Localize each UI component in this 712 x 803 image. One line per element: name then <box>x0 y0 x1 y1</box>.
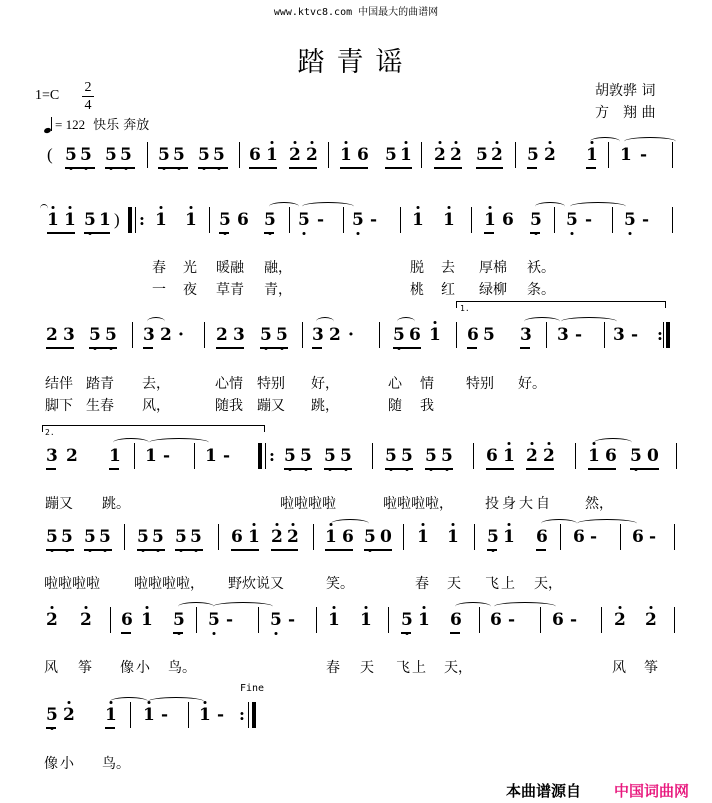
barline <box>289 207 290 233</box>
note: 5 <box>364 527 376 547</box>
barline <box>400 207 401 233</box>
volta-2 <box>42 425 265 432</box>
lyric: 随我 <box>215 397 243 415</box>
barline <box>379 322 380 348</box>
underline <box>260 347 288 349</box>
barline <box>479 607 480 633</box>
repeat-dots: : <box>269 446 275 466</box>
note: 2 <box>614 610 626 630</box>
lyric: 跳， <box>311 397 339 415</box>
note: 5 <box>105 325 117 345</box>
barline <box>110 607 111 633</box>
lyric: 投身大自 <box>485 495 553 513</box>
note: 5 <box>441 446 453 466</box>
note: 6 <box>409 325 421 345</box>
note: 2 <box>287 527 299 547</box>
note: 5 <box>99 527 111 547</box>
underline <box>434 167 462 169</box>
note: 5 <box>61 527 73 547</box>
underline <box>137 549 165 551</box>
note: 1 <box>109 446 121 466</box>
underline <box>216 347 244 349</box>
note: 5 <box>173 610 185 630</box>
underline <box>198 167 228 169</box>
barline <box>608 142 609 168</box>
dash: - <box>640 145 647 165</box>
note: 5 <box>173 145 185 165</box>
lyric-line-3-v2: 脚下生春风，随我蹦又跳，随我 <box>45 379 54 415</box>
note: 6 <box>573 527 585 547</box>
note: 1 <box>340 145 352 165</box>
tempo-marking: = 122快乐 奔放 <box>46 114 149 133</box>
tie <box>624 137 676 146</box>
barline <box>328 142 329 168</box>
lyric: 踏青 <box>86 375 114 393</box>
volta-1-label: 1. <box>460 304 470 313</box>
lyric-line-7: 像小鸟。 <box>44 737 53 773</box>
dash: - <box>508 610 515 630</box>
note: 5 <box>270 610 282 630</box>
note: 5 <box>46 705 58 725</box>
underline <box>324 468 352 470</box>
tie <box>149 438 209 447</box>
underline <box>340 167 368 169</box>
time-numerator: 2 <box>85 80 92 95</box>
tie <box>524 317 560 326</box>
note: 2 <box>80 610 92 630</box>
dash: - <box>163 446 170 466</box>
lyric: 春 <box>415 575 429 593</box>
barline <box>147 142 148 168</box>
barline <box>515 142 516 168</box>
note: 0 <box>380 527 392 547</box>
barline <box>204 322 205 348</box>
lyric: 去， <box>142 375 170 393</box>
note: 1 <box>503 446 515 466</box>
underline <box>84 549 112 551</box>
note: 1 <box>443 210 455 230</box>
note: 2 <box>160 325 172 345</box>
barline <box>194 443 195 469</box>
note: 2 <box>306 145 318 165</box>
note: 1 <box>141 610 153 630</box>
lyric: 飞上 <box>396 659 428 677</box>
note: 2 <box>46 610 58 630</box>
lyric: 去 <box>441 259 455 277</box>
lyric-line-5: 啦啦啦啦啦啦啦啦，野炊说又笑。春天飞上天， <box>44 557 53 593</box>
barline <box>540 607 541 633</box>
volta-1 <box>456 301 666 308</box>
repeat-start-thin <box>265 443 266 469</box>
underline <box>47 232 75 234</box>
lyric-line-6: 风筝像小鸟。春天飞上天，风筝 <box>44 641 53 677</box>
lyric: 鸟。 <box>102 755 130 773</box>
repeat-end-thick <box>666 322 670 348</box>
note: 5 <box>340 446 352 466</box>
lyric: 春 <box>326 659 340 677</box>
lyric: 脚下 <box>45 397 73 415</box>
note: 5 <box>190 527 202 547</box>
note: 2 <box>63 705 75 725</box>
barline <box>258 607 259 633</box>
underline <box>484 232 494 234</box>
note: 5 <box>198 145 210 165</box>
lyric: 情 <box>420 375 434 393</box>
score-line-3: 2 3 5 5 3 2 · 2 3 5 5 3 2 · 5 6 1 6 5 3 … <box>0 325 712 351</box>
dash: - <box>223 446 230 466</box>
dot: · <box>178 325 184 345</box>
underline <box>536 549 546 551</box>
note: 1 <box>328 610 340 630</box>
underline <box>46 347 74 349</box>
note: 2 <box>526 446 538 466</box>
lyric: 夜 <box>183 281 197 299</box>
note: 5 <box>65 145 77 165</box>
lyric: 草青 <box>216 281 244 299</box>
lyricist: 胡敦骅 词 <box>595 80 655 102</box>
tie <box>570 202 626 211</box>
lyric: 啦啦啦啦， <box>383 495 453 513</box>
note: 6 <box>490 610 502 630</box>
note: 5 <box>324 446 336 466</box>
time-signature: 2 4 <box>82 80 94 113</box>
note: 5 <box>213 145 225 165</box>
underline <box>401 632 411 634</box>
lyric: 我 <box>420 397 434 415</box>
note: 1 <box>99 210 111 230</box>
underline <box>385 167 412 169</box>
lyric: 桃 <box>410 281 424 299</box>
lyric: 心 <box>388 375 402 393</box>
note: 6 <box>450 610 462 630</box>
note: 3 <box>233 325 245 345</box>
note: 6 <box>632 527 644 547</box>
note: 5 <box>483 325 495 345</box>
note: 5 <box>300 446 312 466</box>
note: 2 <box>271 527 283 547</box>
dash: - <box>570 610 577 630</box>
underline <box>364 549 392 551</box>
barline <box>343 207 344 233</box>
underline <box>467 347 477 349</box>
tempo-value: = 122 <box>55 117 85 132</box>
underline <box>143 347 153 349</box>
barline <box>403 524 404 550</box>
barline <box>134 443 135 469</box>
underline <box>89 347 117 349</box>
lyric: 光 <box>183 259 197 277</box>
note: 5 <box>175 527 187 547</box>
note: 3 <box>557 325 569 345</box>
lyric: 笑。 <box>326 575 354 593</box>
underline <box>425 468 453 470</box>
dash: - <box>217 705 224 725</box>
lyric: 暖融 <box>216 259 244 277</box>
barline <box>620 524 621 550</box>
barline <box>575 443 576 469</box>
barline <box>560 524 561 550</box>
dash: - <box>161 705 168 725</box>
barline <box>456 322 457 348</box>
note: 1 <box>586 145 598 165</box>
note: 5 <box>385 446 397 466</box>
lyric: 脱 <box>410 259 424 277</box>
tie <box>535 202 565 211</box>
note: 6 <box>605 446 617 466</box>
underline <box>588 468 616 470</box>
note: 2 <box>450 145 462 165</box>
fine-marking: Fine <box>240 683 264 694</box>
note: 6 <box>237 210 249 230</box>
note: 6 <box>552 610 564 630</box>
lyric: 风 <box>612 659 626 677</box>
note: 3 <box>46 446 58 466</box>
lyric: 红 <box>441 281 455 299</box>
note: 5 <box>120 145 132 165</box>
dash: - <box>649 527 656 547</box>
lyric: 野炊说又 <box>228 575 284 593</box>
repeat-dots: : <box>239 705 245 725</box>
dash: - <box>642 210 649 230</box>
barline <box>302 322 303 348</box>
underline <box>325 549 353 551</box>
underline <box>264 232 274 234</box>
lyric: 厚棉 <box>479 259 507 277</box>
note: 5 <box>208 610 220 630</box>
note: 5 <box>137 527 149 547</box>
lyric: 筝 <box>644 659 658 677</box>
note: 1 <box>199 705 211 725</box>
tie <box>302 202 354 211</box>
note: 3 <box>143 325 155 345</box>
barline <box>672 207 673 233</box>
barline <box>672 142 673 168</box>
underline <box>393 347 421 349</box>
note: 6 <box>502 210 514 230</box>
source-site-link[interactable]: 中国词曲网 <box>614 780 689 801</box>
barline <box>674 607 675 633</box>
lyric: 天， <box>534 575 562 593</box>
barline <box>209 207 210 233</box>
lyric: 青， <box>264 281 292 299</box>
tie <box>561 317 617 326</box>
note: 5 <box>566 210 578 230</box>
barline <box>546 322 547 348</box>
note: 5 <box>476 145 488 165</box>
note: 1 <box>418 610 430 630</box>
note: 5 <box>352 210 364 230</box>
note: 1 <box>620 145 632 165</box>
note: 1 <box>266 145 278 165</box>
underline <box>46 468 56 470</box>
time-denominator: 4 <box>85 98 92 113</box>
note: 6 <box>121 610 133 630</box>
barline <box>473 443 474 469</box>
note: 1 <box>145 446 157 466</box>
note: 5 <box>284 446 296 466</box>
lyric: 鸟。 <box>168 659 196 677</box>
paren-close: ) <box>114 210 120 230</box>
underline <box>450 632 460 634</box>
barline <box>676 443 677 469</box>
lyric: 条。 <box>527 281 555 299</box>
mood: 快乐 奔放 <box>93 118 149 133</box>
note: 1 <box>325 527 337 547</box>
lyric: 风， <box>142 397 170 415</box>
barline <box>601 607 602 633</box>
repeat-start-thin <box>135 207 136 233</box>
note: 2 <box>434 145 446 165</box>
note: 5 <box>89 325 101 345</box>
note: 5 <box>158 145 170 165</box>
paren-open: ( <box>47 145 53 165</box>
barline <box>218 524 219 550</box>
note: 5 <box>487 527 499 547</box>
underline <box>65 167 95 169</box>
underline <box>109 468 119 470</box>
lyric: 啦啦啦啦 <box>44 575 100 593</box>
note: 5 <box>385 145 397 165</box>
note: 5 <box>530 210 542 230</box>
credits: 胡敦骅 词 方 翔 曲 <box>595 80 655 124</box>
lyric: 绿柳 <box>479 281 507 299</box>
note: 1 <box>447 527 459 547</box>
underline <box>46 549 74 551</box>
note: 1 <box>503 527 515 547</box>
lyric-line-4: 蹦又跳。啦啦啦啦啦啦啦啦，投身大自然， <box>45 477 54 513</box>
volta-2-label: 2. <box>45 428 55 437</box>
note: 2 <box>543 446 555 466</box>
dash: - <box>575 325 582 345</box>
lyric-line-2-v2: 一夜草青青，桃红绿柳条。 <box>152 263 161 299</box>
underline <box>173 632 183 634</box>
repeat-dots: : <box>139 210 145 230</box>
barline <box>421 142 422 168</box>
lyric: 飞上 <box>485 575 517 593</box>
lyric: 蹦又 <box>257 397 285 415</box>
barline <box>316 607 317 633</box>
lyric: 风 <box>44 659 58 677</box>
dash: - <box>226 610 233 630</box>
dash: - <box>631 325 638 345</box>
note: 5 <box>260 325 272 345</box>
score-line-2: 1 1 5 1 ) : 1 1 5 6 5 5 - 5 - 1 1 1 6 5 … <box>0 210 712 236</box>
note: 3 <box>63 325 75 345</box>
repeat-end-thin <box>248 702 249 728</box>
note: 2 <box>544 145 556 165</box>
quarter-note-icon <box>46 117 52 131</box>
note: 5 <box>401 446 413 466</box>
underline <box>219 232 229 234</box>
underline <box>520 347 530 349</box>
lyric: 天 <box>360 659 374 677</box>
underline <box>527 167 537 169</box>
lyric: 天 <box>447 575 461 593</box>
lyric: 一 <box>152 281 166 299</box>
note: 1 <box>588 446 600 466</box>
barline <box>313 524 314 550</box>
note: 1 <box>429 325 441 345</box>
note: 6 <box>342 527 354 547</box>
note: 5 <box>219 210 231 230</box>
song-title: 踏青谣 <box>0 40 712 79</box>
note: 5 <box>624 210 636 230</box>
score-line-1: ( 5 5 5 5 5 5 5 5 6 1 2 2 1 6 5 1 2 2 5 … <box>0 145 712 171</box>
repeat-start-thick <box>128 207 132 233</box>
note: 1 <box>417 527 429 547</box>
underline <box>476 167 503 169</box>
underline <box>486 468 514 470</box>
note: 5 <box>152 527 164 547</box>
barline <box>130 702 131 728</box>
underline <box>289 167 317 169</box>
key-signature: 1=C <box>35 88 59 104</box>
underline <box>630 468 659 470</box>
note: 2 <box>329 325 341 345</box>
note: 2 <box>289 145 301 165</box>
note: 6 <box>249 145 261 165</box>
lyric: 融， <box>264 259 292 277</box>
note: 5 <box>527 145 539 165</box>
note: 2 <box>491 145 503 165</box>
repeat-start-thick <box>258 443 262 469</box>
lyric: 特别 <box>257 375 285 393</box>
note: 5 <box>298 210 310 230</box>
lyric: 筝 <box>78 659 92 677</box>
barline <box>372 443 373 469</box>
note: 5 <box>425 446 437 466</box>
note: 1 <box>484 210 496 230</box>
note: 5 <box>80 145 92 165</box>
note: 5 <box>84 527 96 547</box>
underline <box>312 347 322 349</box>
underline <box>526 468 554 470</box>
underline <box>586 167 596 169</box>
barline <box>196 607 197 633</box>
note: 1 <box>205 446 217 466</box>
lyric: 像小 <box>44 755 76 773</box>
note: 1 <box>155 210 167 230</box>
time-divider <box>82 96 94 97</box>
barline <box>124 524 125 550</box>
lyric: 好。 <box>518 375 546 393</box>
underline <box>46 727 56 729</box>
lyric: 生春 <box>86 397 114 415</box>
underline <box>175 549 203 551</box>
barline <box>239 142 240 168</box>
underline <box>530 232 540 234</box>
score-line-4: 3 2 1 1 - 1 - : 5 5 5 5 5 5 5 5 6 1 2 2 … <box>0 446 712 472</box>
note: 3 <box>312 325 324 345</box>
score-line-6: 2 2 6 1 5 5 - 5 - 1 1 5 1 6 6 - 6 - 2 2 <box>0 610 712 636</box>
tie <box>269 202 299 211</box>
note: 6 <box>486 446 498 466</box>
barline <box>188 702 189 728</box>
repeat-end-thin <box>663 322 664 348</box>
note: 0 <box>647 446 659 466</box>
barline <box>612 207 613 233</box>
barline <box>471 207 472 233</box>
note: 5 <box>276 325 288 345</box>
barline <box>388 607 389 633</box>
note: 1 <box>400 145 412 165</box>
note: 2 <box>66 446 78 466</box>
barline <box>604 322 605 348</box>
dot: · <box>348 325 354 345</box>
dash: - <box>370 210 377 230</box>
underline <box>284 468 312 470</box>
tie <box>397 317 415 326</box>
